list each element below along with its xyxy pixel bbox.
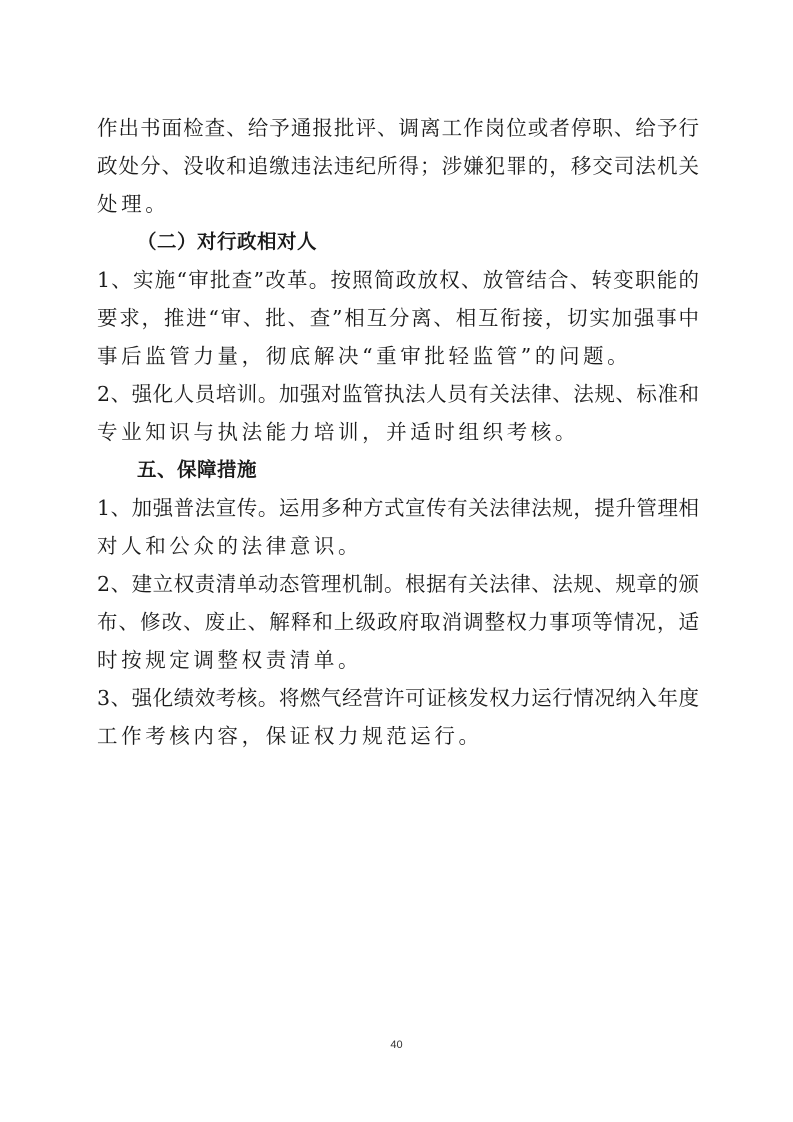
paragraph-line: 布、修改、废止、解释和上级政府取消调整权力事项等情况，适 (97, 603, 699, 641)
paragraph-line: 工作考核内容，保证权力规范运行。 (97, 717, 699, 755)
paragraph-line: 事后监管力量，彻底解决“重审批轻监管”的问题。 (97, 337, 699, 375)
paragraph-line: 政处分、没收和追缴违法违纪所得；涉嫌犯罪的，移交司法机关 (97, 147, 699, 185)
paragraph-line: 时按规定调整权责清单。 (97, 641, 699, 679)
paragraph-line: 专业知识与执法能力培训，并适时组织考核。 (97, 413, 699, 451)
paragraph-line: 2、建立权责清单动态管理机制。根据有关法律、法规、规章的颁 (97, 565, 699, 603)
paragraph-line: 作出书面检查、给予通报批评、调离工作岗位或者停职、给予行 (97, 109, 699, 147)
paragraph-line: 要求，推进“审、批、查”相互分离、相互衔接，切实加强事中 (97, 299, 699, 337)
section-heading-safeguard-measures: 五、保障措施 (97, 451, 699, 489)
paragraph-line: 2、强化人员培训。加强对监管执法人员有关法律、法规、标准和 (97, 375, 699, 413)
page-number: 40 (0, 1039, 793, 1051)
document-page: 作出书面检查、给予通报批评、调离工作岗位或者停职、给予行 政处分、没收和追缴违法… (0, 0, 793, 1122)
paragraph-line: 1、加强普法宣传。运用多种方式宣传有关法律法规，提升管理相 (97, 489, 699, 527)
paragraph-line: 1、实施“审批查”改革。按照简政放权、放管结合、转变职能的 (97, 261, 699, 299)
document-body: 作出书面检查、给予通报批评、调离工作岗位或者停职、给予行 政处分、没收和追缴违法… (97, 109, 699, 755)
paragraph-line: 对人和公众的法律意识。 (97, 527, 699, 565)
paragraph-line: 3、强化绩效考核。将燃气经营许可证核发权力运行情况纳入年度 (97, 679, 699, 717)
section-heading-administrative-counterpart: （二）对行政相对人 (97, 223, 699, 261)
paragraph-line: 处理。 (97, 185, 699, 223)
